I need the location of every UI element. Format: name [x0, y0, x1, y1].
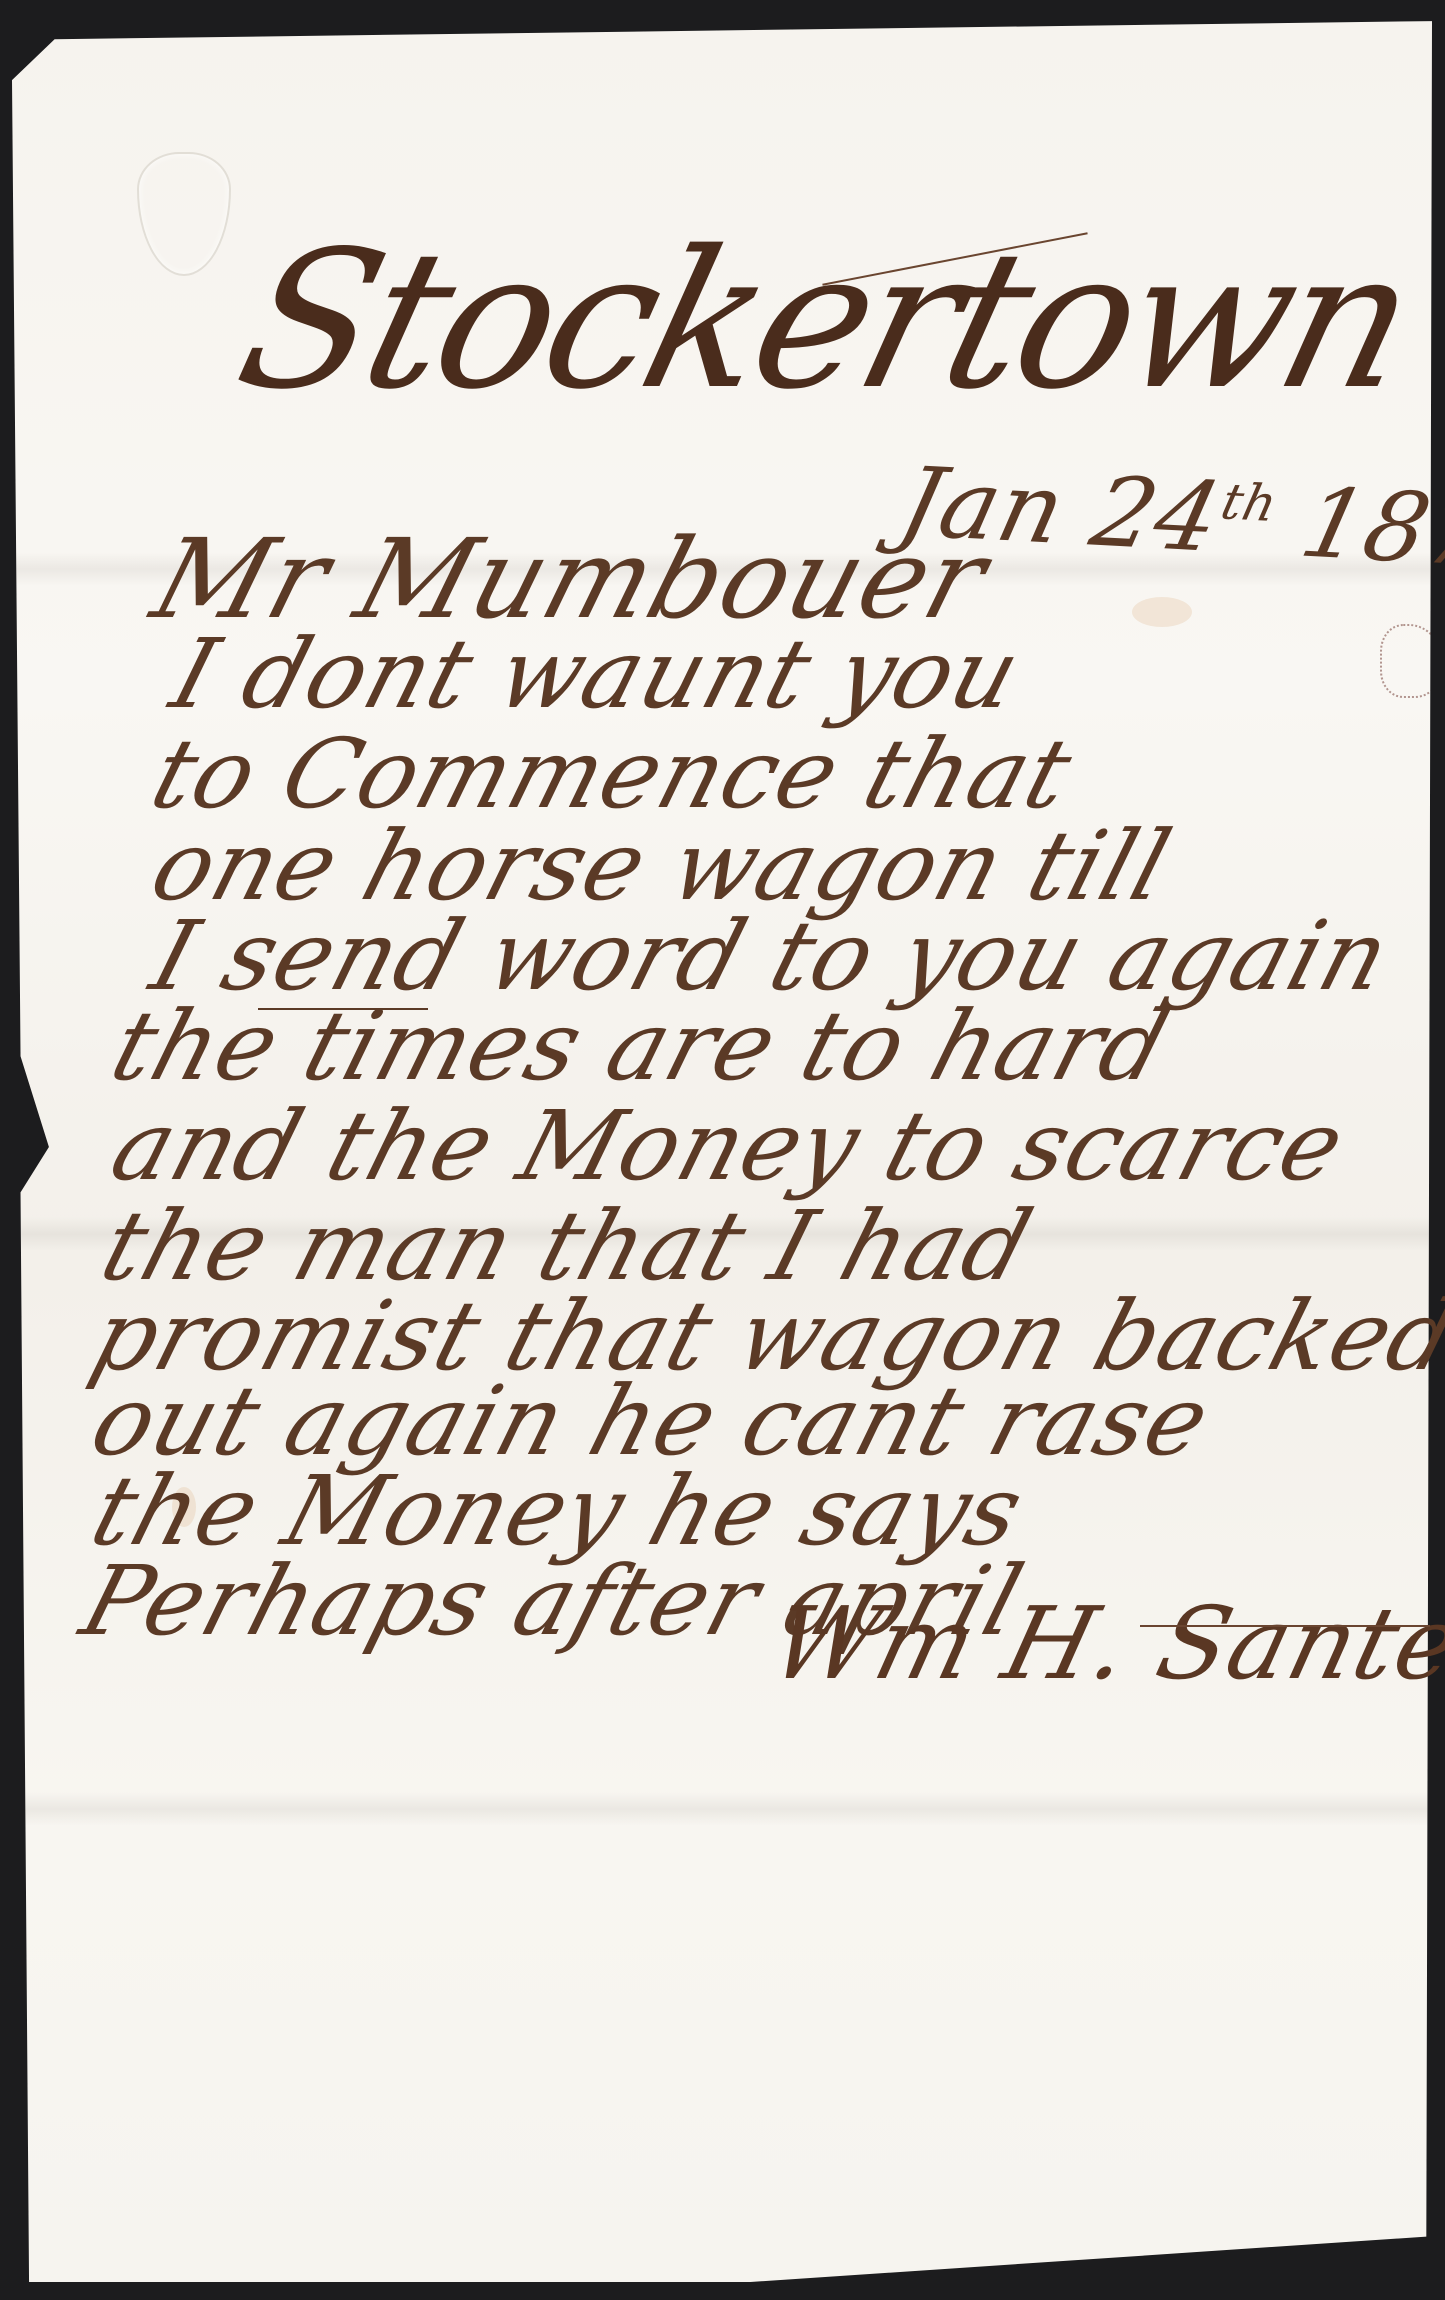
embossed-stamp-icon — [137, 152, 231, 276]
paper-stain — [1132, 597, 1192, 627]
seal-mark-icon — [1380, 624, 1444, 698]
signature-flourish — [1140, 1625, 1430, 1627]
body-line: I dont waunt you — [160, 618, 1033, 730]
body-line: and the Money to scarce — [100, 1090, 1357, 1202]
date-year: 1870 — [1291, 467, 1445, 591]
paper-fold — [12, 1792, 1432, 1826]
letter-place: Stockertown — [220, 210, 1431, 431]
body-line: the times are to hard — [100, 990, 1182, 1102]
date-suffix: th — [1216, 473, 1283, 533]
signature: Wm H. Santee — [760, 1585, 1445, 1702]
